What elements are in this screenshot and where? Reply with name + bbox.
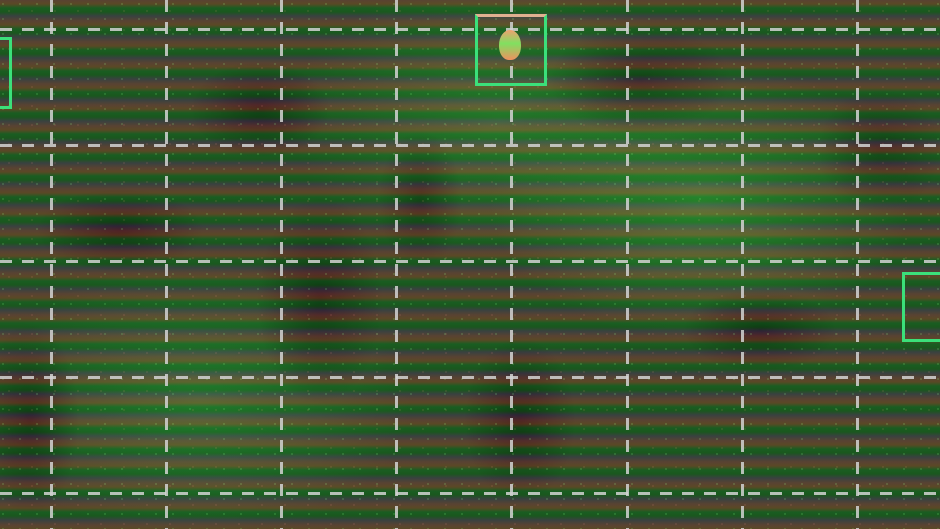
grid-line-horizontal xyxy=(0,492,940,495)
grid-line-vertical xyxy=(741,0,744,529)
grid-line-horizontal xyxy=(0,144,940,147)
grid-line-vertical xyxy=(856,0,859,529)
bounding-box-right-middle xyxy=(902,272,940,342)
grid-line-horizontal xyxy=(0,376,940,379)
grid-line-vertical xyxy=(165,0,168,529)
grid-line-horizontal xyxy=(0,28,940,31)
bounding-box-left-top xyxy=(0,37,12,109)
scene-image xyxy=(0,0,940,529)
grid-line-vertical xyxy=(280,0,283,529)
grid-line-vertical xyxy=(50,0,53,529)
grid-line-horizontal xyxy=(0,260,940,263)
grid-line-vertical xyxy=(626,0,629,529)
bounding-box-top-center xyxy=(475,14,547,86)
grid-line-vertical xyxy=(395,0,398,529)
dashed-grid-overlay xyxy=(0,0,940,529)
